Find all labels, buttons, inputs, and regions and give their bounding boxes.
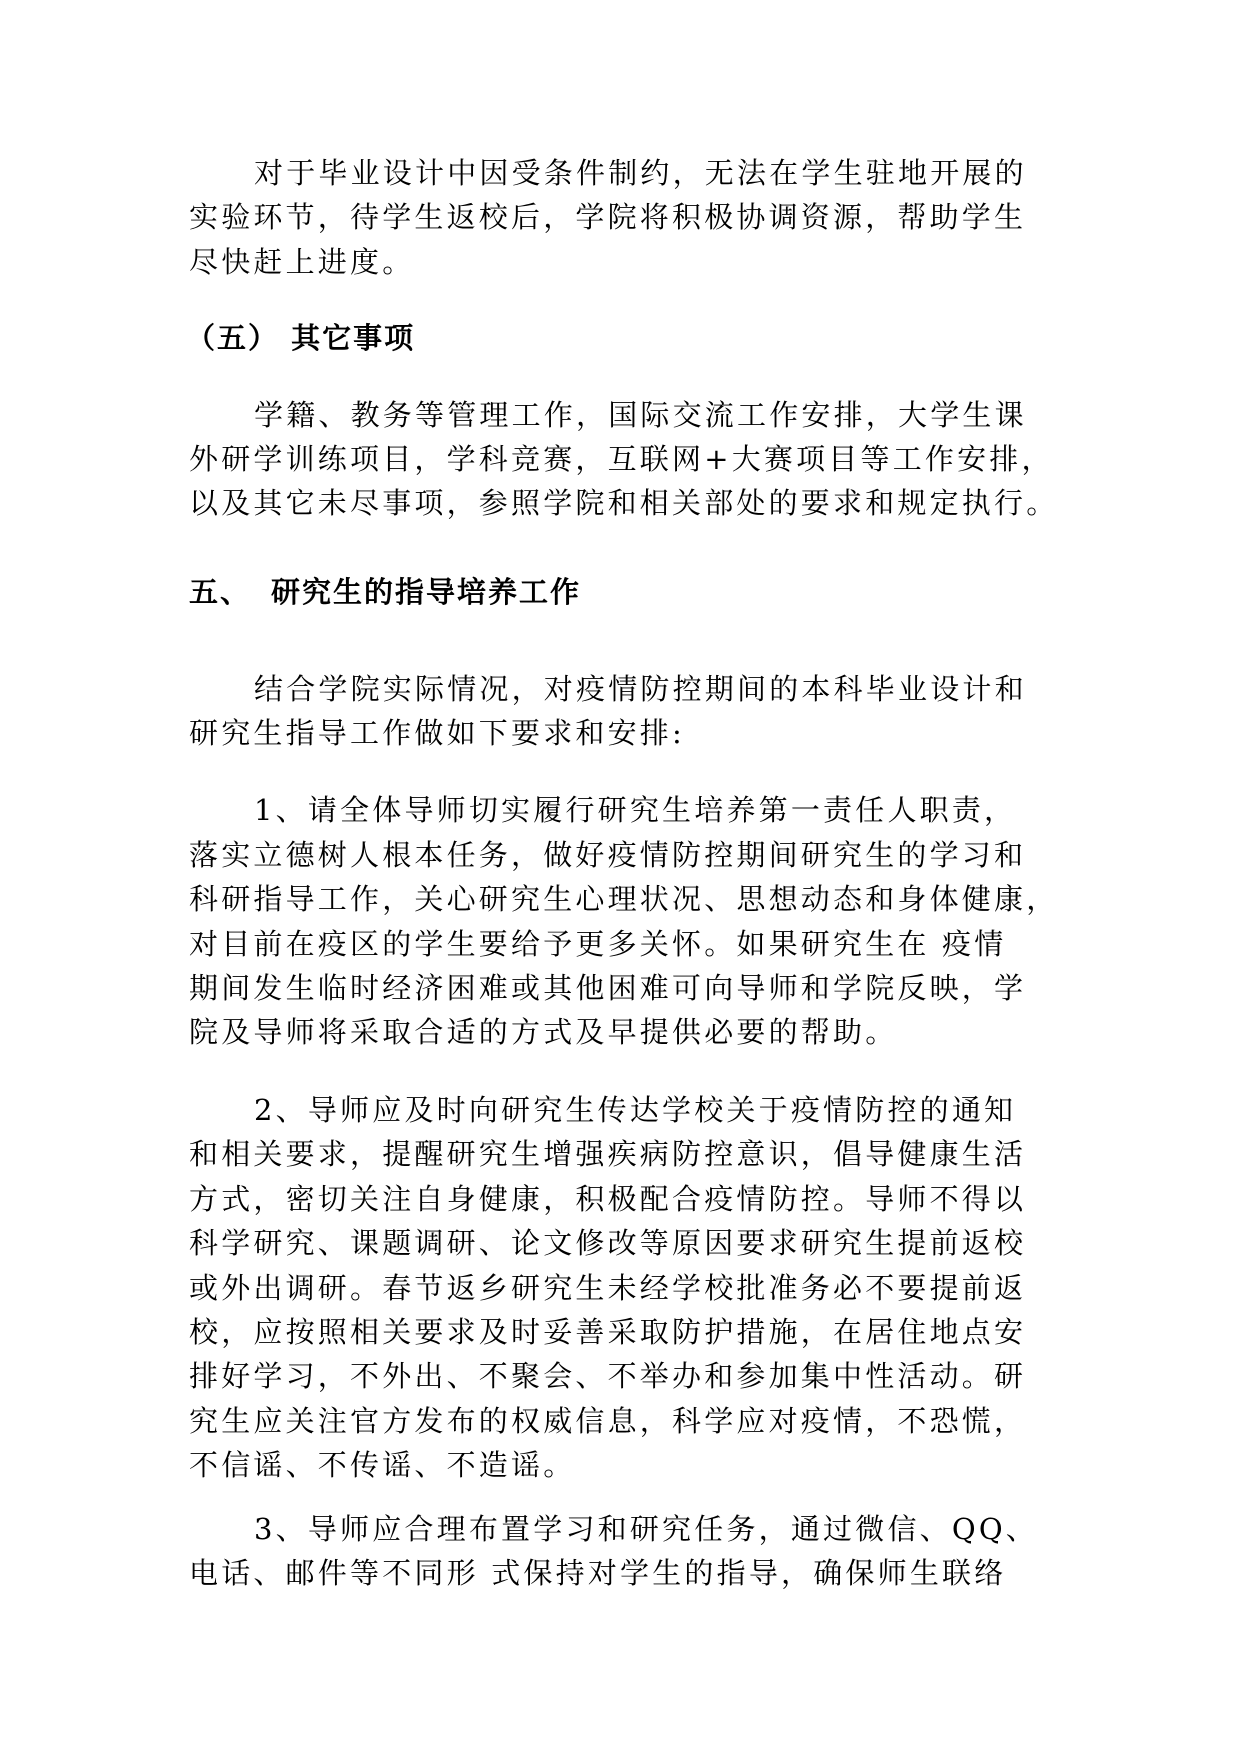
text-line: 期间发生临时经济困难或其他困难可向导师和学院反映，学 xyxy=(189,968,1026,1008)
text-line: 1、请全体导师切实履行研究生培养第一责任人职责， xyxy=(254,790,1016,830)
document-page: 对于毕业设计中因受条件制约，无法在学生驻地开展的 实验环节，待学生返校后，学院将… xyxy=(0,0,1239,1754)
text-line: 3、导师应合理布置学习和研究任务，通过微信、QQ、 xyxy=(254,1509,1038,1549)
text-line: 以及其它未尽事项，参照学院和相关部处的要求和规定执行。 xyxy=(189,483,1058,523)
text-line: 对目前在疫区的学生要给予更多关怀。如果研究生在 疫情 xyxy=(189,924,1006,964)
section-heading-title: 研究生的指导培养工作 xyxy=(271,575,581,609)
text-line: 实验环节，待学生返校后，学院将积极协调资源，帮助学生 xyxy=(189,197,1026,237)
text-line: 电话、邮件等不同形 式保持对学生的指导，确保师生联络 xyxy=(189,1553,1006,1593)
text-line: 究生应关注官方发布的权威信息，科学应对疫情，不恐慌， xyxy=(189,1401,1026,1441)
text-line: 研究生指导工作做如下要求和安排: xyxy=(189,713,685,753)
text-line: 科学研究、课题调研、论文修改等原因要求研究生提前返校 xyxy=(189,1223,1026,1263)
text-line: 学籍、教务等管理工作，国际交流工作安排，大学生课 xyxy=(254,395,1027,435)
text-line: 科研指导工作，关心研究生心理状况、思想动态和身体健康， xyxy=(189,879,1058,919)
text-line: 不信谣、不传谣、不造谣。 xyxy=(189,1445,575,1485)
text-line: 或外出调研。春节返乡研究生未经学校批准务必不要提前返 xyxy=(189,1268,1026,1308)
section-heading: 五、研究生的指导培养工作 xyxy=(189,572,581,612)
text-line: 外研学训练项目，学科竞赛，互联网+大赛项目等工作安排， xyxy=(189,439,1054,479)
text-line: 对于毕业设计中因受条件制约，无法在学生驻地开展的 xyxy=(254,153,1027,193)
text-line: 排好学习，不外出、不聚会、不举办和参加集中性活动。研 xyxy=(189,1356,1026,1396)
text-line: 结合学院实际情况，对疫情防控期间的本科毕业设计和 xyxy=(254,669,1027,709)
text-line: 院及导师将采取合适的方式及早提供必要的帮助。 xyxy=(189,1012,897,1052)
text-line: 尽快赶上进度。 xyxy=(189,242,414,282)
text-line: 方式，密切关注自身健康，积极配合疫情防控。导师不得以 xyxy=(189,1179,1026,1219)
section-heading-number: 五、 xyxy=(189,572,271,612)
text-line: 2、导师应及时向研究生传达学校关于疫情防控的通知 xyxy=(254,1090,1016,1130)
text-line: 校，应按照相关要求及时妥善采取防护措施，在居住地点安 xyxy=(189,1312,1026,1352)
subsection-heading: （五） 其它事项 xyxy=(186,318,415,358)
text-line: 和相关要求，提醒研究生增强疾病防控意识，倡导健康生活 xyxy=(189,1134,1026,1174)
text-line: 落实立德树人根本任务，做好疫情防控期间研究生的学习和 xyxy=(189,835,1026,875)
